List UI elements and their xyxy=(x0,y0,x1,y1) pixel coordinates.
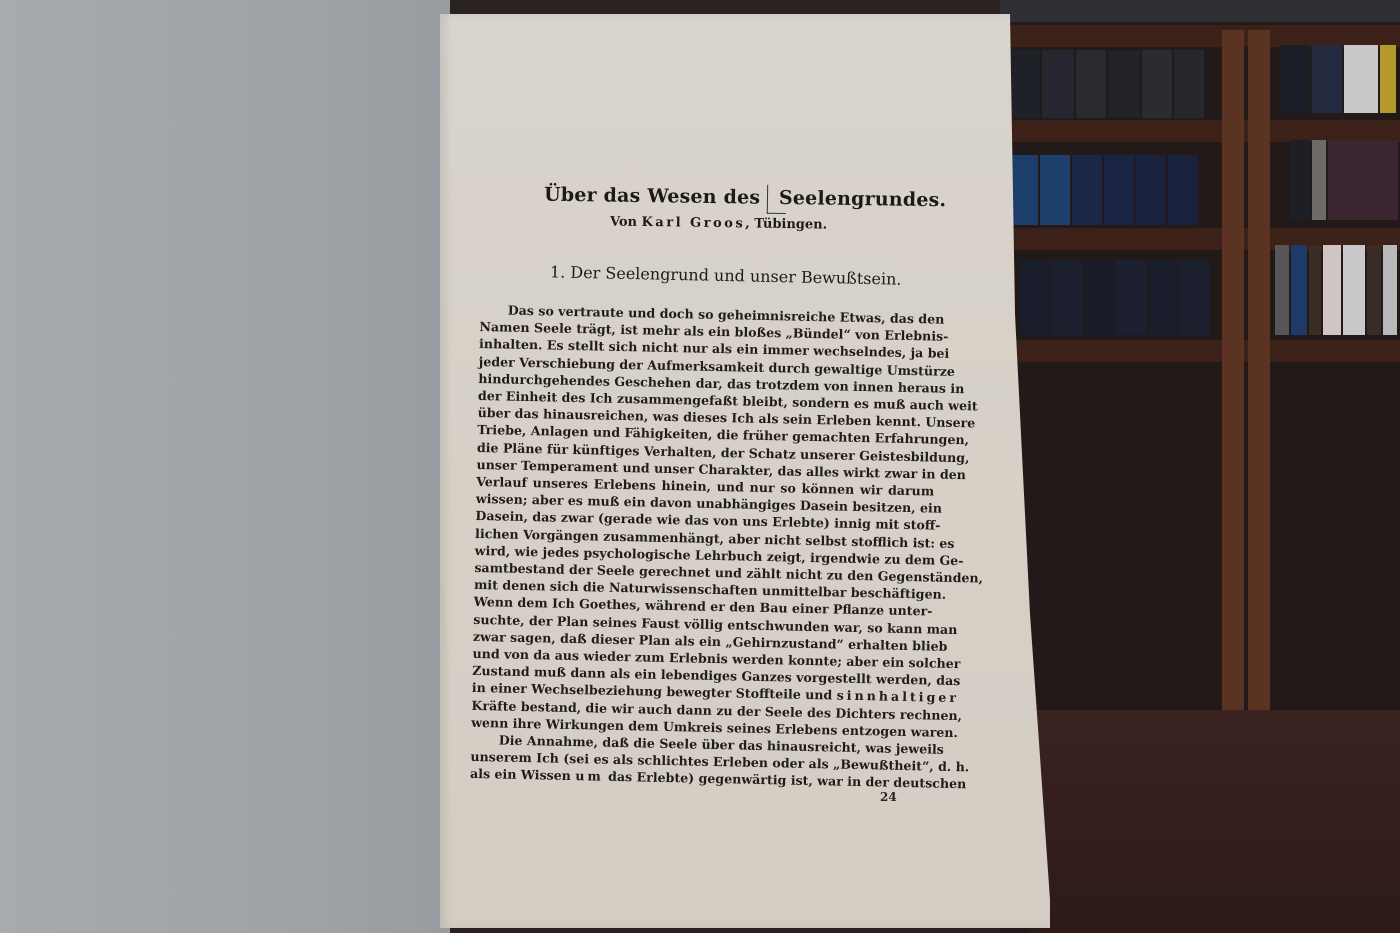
book-cover-left xyxy=(0,0,450,933)
books-row xyxy=(1010,155,1225,225)
shelf-upright xyxy=(1222,30,1244,710)
emphasized-word: sinnhaltiger xyxy=(837,688,960,706)
title-part-2: Seelengrundes. xyxy=(779,187,947,211)
books-row xyxy=(1020,260,1240,335)
desk-surface xyxy=(1030,710,1400,933)
title-part-1: Über das Wesen des xyxy=(544,184,761,209)
page-number: 24 xyxy=(880,790,897,804)
books-row xyxy=(1290,140,1400,220)
shelf-board xyxy=(1000,120,1400,142)
shelf-board xyxy=(1000,340,1400,362)
book-page: Über das Wesen des Seelengrundes. Von Ka… xyxy=(440,14,1050,928)
emphasized-word: um xyxy=(575,769,604,785)
shelf-upright xyxy=(1248,30,1270,710)
shelf-board xyxy=(1000,25,1400,47)
byline: Von Karl Groos, Tübingen. xyxy=(610,214,827,232)
author-name: Karl Groos xyxy=(641,215,745,231)
body-text: Das so vertraute und doch so geheimnisre… xyxy=(470,301,938,792)
books-row xyxy=(1280,45,1400,113)
section-heading: 1. Der Seelengrund und unser Bewußtsein. xyxy=(550,262,902,288)
ceiling-strip xyxy=(1000,0,1400,22)
books-row xyxy=(1010,50,1230,118)
books-row xyxy=(1275,245,1400,335)
article-title: Über das Wesen des Seelengrundes. xyxy=(544,182,884,216)
